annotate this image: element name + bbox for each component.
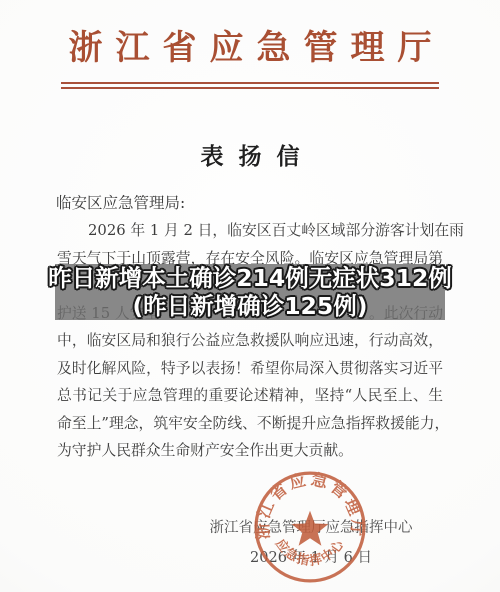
body-line: 2026 年 1 月 2 日，临安区百丈岭区域部分游客计划在雨 (57, 217, 443, 245)
seal-bottom-text: 应急指挥中心 (273, 536, 347, 568)
overlay-headline: 昨日新增本土确诊214例无症状312例 (48, 264, 452, 292)
official-seal: 浙江省应急管理厅 应急指挥中心 (252, 469, 368, 585)
letterhead-title: 浙江省应急管理厅 (0, 20, 500, 69)
salutation: 临安区应急管理局: (56, 191, 185, 213)
news-overlay-banner: 昨日新增本土确诊214例无症状312例 (昨日新增确诊125例) (55, 264, 445, 320)
signature-org: 浙江省应急管理厅应急指挥中心 (0, 516, 500, 537)
body-line: 及时化解风险，特予以表扬！希望你局深入贯彻落实习近平 (57, 355, 443, 383)
overlay-subheadline: (昨日新增确诊125例) (132, 292, 367, 320)
seal-star (292, 511, 329, 546)
commendation-letter-photo: 浙江省应急管理厅 表扬信 临安区应急管理局: 2026 年 1 月 2 日，临安… (0, 0, 500, 592)
body-line: 为守护人民群众生命财产安全作出更大贡献。 (57, 437, 443, 465)
letterhead-divider (61, 82, 439, 89)
body-line: 命至上”理念，筑牢安全防线、不断提升应急指挥救援能力， (57, 410, 443, 438)
body-line: 中，临安区局和狼行公益应急救援队响应迅速，行动高效， (57, 327, 443, 355)
letter-title: 表扬信 (0, 138, 500, 171)
letter-body: 2026 年 1 月 2 日，临安区百丈岭区域部分游客计划在雨 雪天气下于山顶露… (57, 217, 443, 465)
letter-date: 2026 年 1 月 6 日 (0, 546, 500, 567)
body-line: 总书记关于应急管理的重要论述精神，坚持“人民至上、生 (57, 382, 443, 410)
